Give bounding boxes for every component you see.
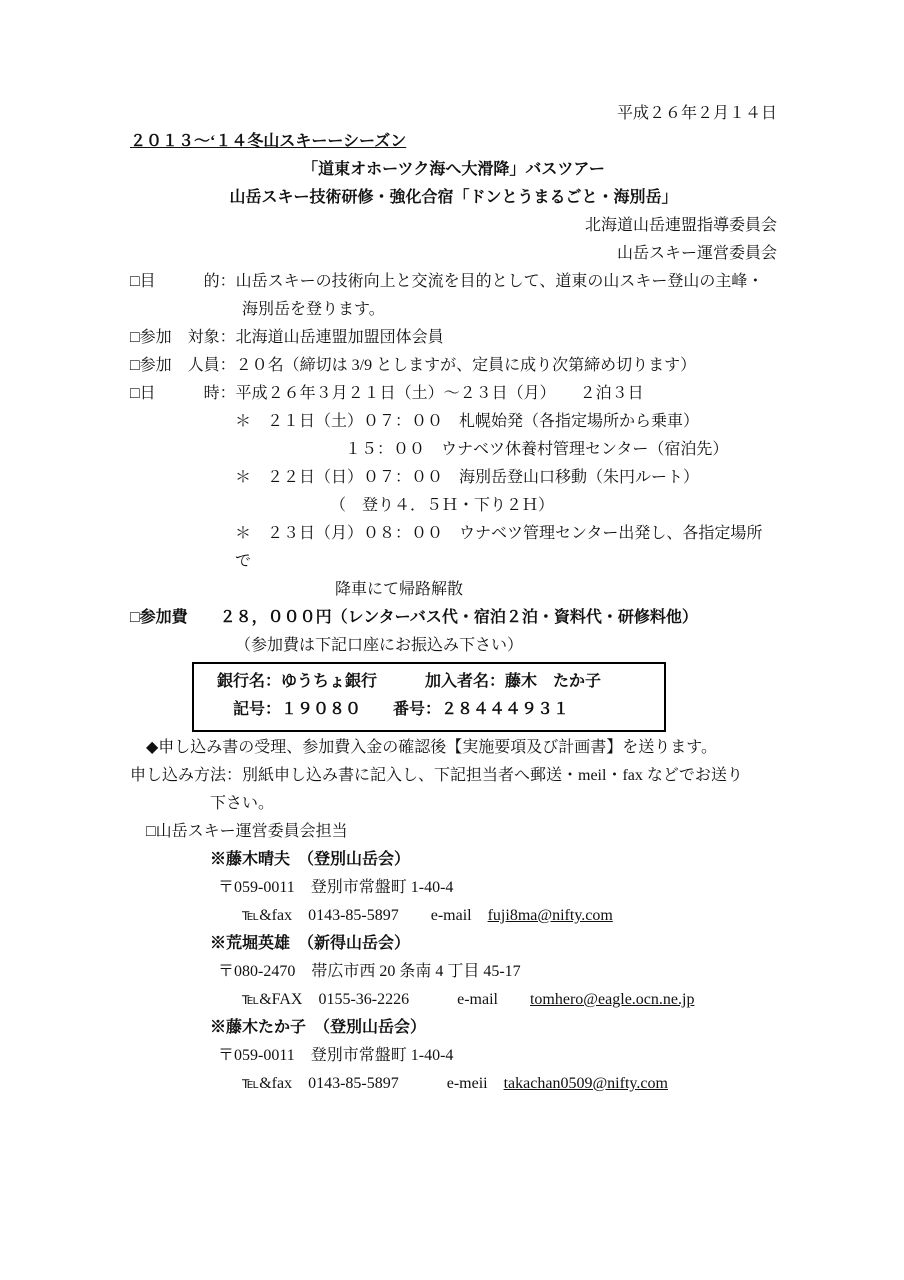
issue-date: 平成２６年２月１４日: [130, 100, 777, 128]
purpose-line-1: □目 的：山岳スキーの技術向上と交流を目的として、道東の山スキー登山の主峰・: [130, 268, 777, 296]
fee-note-line: （参加費は下記口座にお振込み下さい）: [130, 632, 777, 660]
participants-count-line: □参加 人員：２０名（締切は 3/9 としますが、定員に成り次第締め切ります）: [130, 352, 777, 380]
purpose-line-2: 海別岳を登ります。: [130, 296, 777, 324]
bank-name-line: 銀行名：ゆうちょ銀行 加入者名：藤木 たか子: [217, 668, 654, 696]
contact-2-email: tomhero@eagle.ocn.ne.jp: [530, 991, 694, 1008]
contact-1-name: ※藤木晴夫 （登別山岳会）: [130, 846, 777, 874]
application-method-line-2: 下さい。: [130, 790, 777, 818]
contact-3-email: takachan0509@nifty.com: [504, 1075, 668, 1092]
schedule-day2-detail-line: （ 登り４．５Ｈ・下り２Ｈ）: [130, 492, 777, 520]
contact-3-name: ※藤木たか子 （登別山岳会）: [130, 1014, 777, 1042]
contact-2-address: 〒080-2470 帯広市西 20 条南 4 丁目 45-17: [130, 958, 777, 986]
schedule-day1-arrival-line: １５：００ ウナベツ休養村管理センター（宿泊先）: [130, 436, 777, 464]
document-page: 平成２６年２月１４日 ２０１３～‘１４冬山スキーーシーズン 「道東オホーツク海へ…: [0, 0, 904, 1280]
schedule-day2-line: ＊ ２２日（日）０７：００ 海別岳登山口移動（朱円ルート）: [130, 464, 777, 492]
contact-1-email: fuji8ma@nifty.com: [488, 907, 613, 924]
application-method-line-1: 申し込み方法：別紙申し込み書に記入し、下記担当者へ郵送・meil・fax などで…: [130, 762, 777, 790]
schedule-day3-line: ＊ ２３日（月）０８：００ ウナベツ管理センター出発し、各指定場所で: [130, 520, 777, 576]
schedule-date-line: □日 時：平成２６年３月２１日（土）～２３日（月） ２泊３日: [130, 380, 777, 408]
tour-title: 「道東オホーツク海へ大滑降」バスツアー: [130, 156, 777, 184]
bank-number-line: 記号：１９０８０ 番号：２８４４４９３１: [217, 696, 654, 724]
contact-1-tel-label: ℡&fax 0143-85-5897 e-mail: [242, 907, 488, 924]
confirmation-note: ◆申し込み書の受理、参加費入金の確認後【実施要項及び計画書】を送ります。: [130, 734, 777, 762]
season-heading: ２０１３～‘１４冬山スキーーシーズン: [130, 128, 777, 156]
contact-2-name: ※荒堀英雄 （新得山岳会）: [130, 930, 777, 958]
contact-3-tel: ℡&fax 0143-85-5897 e-meii takachan0509@n…: [130, 1070, 777, 1098]
contact-3-tel-label: ℡&fax 0143-85-5897 e-meii: [242, 1075, 504, 1092]
camp-title: 山岳スキー技術研修・強化合宿「ドンとうまるごと・海別岳」: [130, 184, 777, 212]
contact-1-tel: ℡&fax 0143-85-5897 e-mail fuji8ma@nifty.…: [130, 902, 777, 930]
contact-1-address: 〒059-0011 登別市常盤町 1-40-4: [130, 874, 777, 902]
season-heading-text: ２０１３～‘１４冬山スキーーシーズン: [130, 133, 406, 150]
schedule-day3-detail-line: 降車にて帰路解散: [130, 576, 777, 604]
contact-3-address: 〒059-0011 登別市常盤町 1-40-4: [130, 1042, 777, 1070]
org-committee-guidance: 北海道山岳連盟指導委員会: [130, 212, 777, 240]
participants-target-line: □参加 対象：北海道山岳連盟加盟団体会員: [130, 324, 777, 352]
org-committee-ski: 山岳スキー運営委員会: [130, 240, 777, 268]
bank-info-box: 銀行名：ゆうちょ銀行 加入者名：藤木 たか子 記号：１９０８０ 番号：２８４４４…: [192, 662, 666, 732]
fee-line: □参加費 ２８，０００円（レンターバス代・宿泊２泊・資料代・研修料他）: [130, 604, 777, 632]
staff-header: □山岳スキー運営委員会担当: [130, 818, 777, 846]
contact-2-tel-label: ℡&FAX 0155-36-2226 e-mail: [242, 991, 530, 1008]
schedule-day1-line: ＊ ２１日（土）０７：００ 札幌始発（各指定場所から乗車）: [130, 408, 777, 436]
contact-2-tel: ℡&FAX 0155-36-2226 e-mail tomhero@eagle.…: [130, 986, 777, 1014]
